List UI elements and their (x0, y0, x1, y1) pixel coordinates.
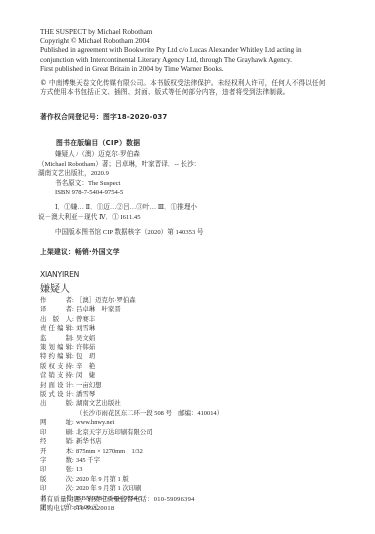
credit-value: 闵 婕 (76, 371, 95, 380)
cip-line: 书名原文：The Suspect (38, 179, 200, 189)
credit-label: 责任编辑 (40, 324, 72, 333)
credit-row-address: （长沙市雨花区东二环一段 508 号 邮编：410014） (40, 409, 223, 418)
credit-label: 监 制 (40, 334, 72, 343)
credit-label: 出 版 (40, 399, 72, 408)
credit-row: 营销支持:闵 婕 (40, 371, 223, 380)
credit-label: 版权支持 (40, 362, 72, 371)
credit-label: 特约编辑 (40, 352, 72, 361)
credit-row: 版权支持:辛 艳 (40, 362, 223, 371)
credit-value: 包 玥 (76, 352, 95, 361)
credit-value: 北京天宇万达印刷有限公司 (76, 428, 153, 437)
credit-value: 新华书店 (76, 437, 102, 446)
rights-line-copyright: Copyright © Michael Robotham 2004 (40, 37, 302, 46)
credit-value: 许韩茹 (76, 343, 95, 352)
rights-line-title: THE SUSPECT by Michael Robotham (40, 28, 302, 37)
credit-label: 印 次 (40, 484, 72, 493)
credit-row: 网 址:www.hnwy.net (40, 418, 223, 427)
cip-line: 嫌疑人 /（澳）迈克尔·罗伯森 (38, 150, 200, 160)
credit-row: 出 版 人:曾赛丰 (40, 315, 223, 324)
credit-label: 译 者 (40, 305, 72, 314)
credit-value: 2020 年 9 月第 1 次印刷 (76, 484, 142, 493)
book-title-pinyin: XIANYIREN (40, 270, 79, 279)
credit-row: 特约编辑:包 玥 (40, 352, 223, 361)
credit-row: 责任编辑:刘雪琳 (40, 324, 223, 333)
credit-value: 875mm × 1270mm 1/32 (76, 447, 143, 456)
credit-value: 曾赛丰 (76, 315, 95, 324)
chinese-copyright-notice: © 中南博集天卷文化传媒有限公司。本书版权受法律保护。未经权利人许可，任何人不得… (40, 79, 330, 98)
cip-line: ISBN 978-7-5404-9754-5 (38, 188, 200, 198)
credit-value: 刘雪琳 (76, 324, 95, 333)
credit-label: 开 本 (40, 447, 72, 456)
credit-value: www.hnwy.net (76, 418, 114, 427)
rights-line-agreement: Published in agreement with Bookwrite Pt… (40, 46, 302, 55)
cip-line: 说－澳大利亚－现代 Ⅳ．① I611.45 (38, 213, 200, 223)
credit-row: 印 刷:北京天宇万达印刷有限公司 (40, 428, 223, 437)
credit-label: 出 版 人 (40, 315, 72, 324)
copyright-registration: 著作权合同登记号：图字18-2020-037 (40, 111, 167, 121)
credit-value: 一亩幻想 (76, 381, 102, 390)
credit-row: 监 制:吴文娟 (40, 334, 223, 343)
contact-footer: 若有质量问题，请致电质量监督电话：010-59096394 团购电话：010-5… (40, 495, 195, 514)
book-title: 嫌疑人 (40, 280, 70, 295)
credit-value: 辛 艳 (76, 362, 95, 371)
cip-line: Ⅰ．①嫌… Ⅱ．①迈…②吕…③叶… Ⅲ．①推理小 (38, 203, 200, 213)
credit-row: 版 次:2020 年 9 月第 1 版 (40, 475, 223, 484)
credit-value: 2020 年 9 月第 1 版 (76, 475, 129, 484)
credit-value: 345 千字 (76, 456, 100, 465)
cip-line: 湖南文艺出版社，2020.9 (38, 169, 200, 179)
credit-value: 13 (76, 465, 82, 474)
credit-row: 经 销:新华书店 (40, 437, 223, 446)
credit-label: 字 数 (40, 456, 72, 465)
quality-hotline: 若有质量问题，请致电质量监督电话：010-59096394 (40, 495, 195, 504)
credits-list: 作 者:［澳］迈克尔·罗伯森 译 者:吕卓琳 叶家晋 出 版 人:曾赛丰 责任编… (40, 296, 223, 512)
english-rights-block: THE SUSPECT by Michael Robotham Copyrigh… (40, 28, 302, 74)
credit-label: 封面设计 (40, 381, 72, 390)
credit-value: 吕卓琳 叶家晋 (76, 305, 121, 314)
credit-row: 印 次:2020 年 9 月第 1 次印刷 (40, 484, 223, 493)
rights-line-conjunction: conjunction with Intercontinental Litera… (40, 56, 302, 65)
credit-row: 作 者:［澳］迈克尔·罗伯森 (40, 296, 223, 305)
credit-value: 吴文娟 (76, 334, 95, 343)
shelf-suggestion: 上架建议：畅销·外国文学 (40, 246, 120, 256)
credit-row: 开 本:875mm × 1270mm 1/32 (40, 447, 223, 456)
credit-value: ［澳］迈克尔·罗伯森 (76, 296, 136, 305)
credit-value: 潘雪琴 (76, 390, 95, 399)
cip-line: （Michael Robotham）著；吕卓琳，叶家晋译．-- 长沙： (38, 160, 200, 170)
credit-label: 营销支持 (40, 371, 72, 380)
cip-data-block: 嫌疑人 /（澳）迈克尔·罗伯森 （Michael Robotham）著；吕卓琳，… (38, 150, 200, 222)
credit-label: 经 销 (40, 437, 72, 446)
credit-value: 湖南文艺出版社 (76, 399, 121, 408)
credit-label: 版 次 (40, 475, 72, 484)
credit-label: 印 刷 (40, 428, 72, 437)
group-purchase-phone: 团购电话：010-59320018 (40, 504, 195, 513)
cip-record-number: 中国版本图书馆 CIP 数据核字（2020）第 140353 号 (55, 226, 203, 236)
credit-label: 网 址 (40, 418, 72, 427)
credit-row: 印 张:13 (40, 465, 223, 474)
rights-line-first-published: First published in Great Britain in 2004… (40, 65, 302, 74)
credit-label: 作 者 (40, 296, 72, 305)
credit-row: 出 版:湖南文艺出版社 (40, 399, 223, 408)
publisher-address: （长沙市雨花区东二环一段 508 号 邮编：410014） (40, 409, 223, 418)
credit-row: 译 者:吕卓琳 叶家晋 (40, 305, 223, 314)
cip-heading: 图书在版编目（CIP）数据 (56, 137, 140, 147)
credit-label: 印 张 (40, 465, 72, 474)
credit-row: 字 数:345 千字 (40, 456, 223, 465)
credit-row: 封面设计:一亩幻想 (40, 381, 223, 390)
